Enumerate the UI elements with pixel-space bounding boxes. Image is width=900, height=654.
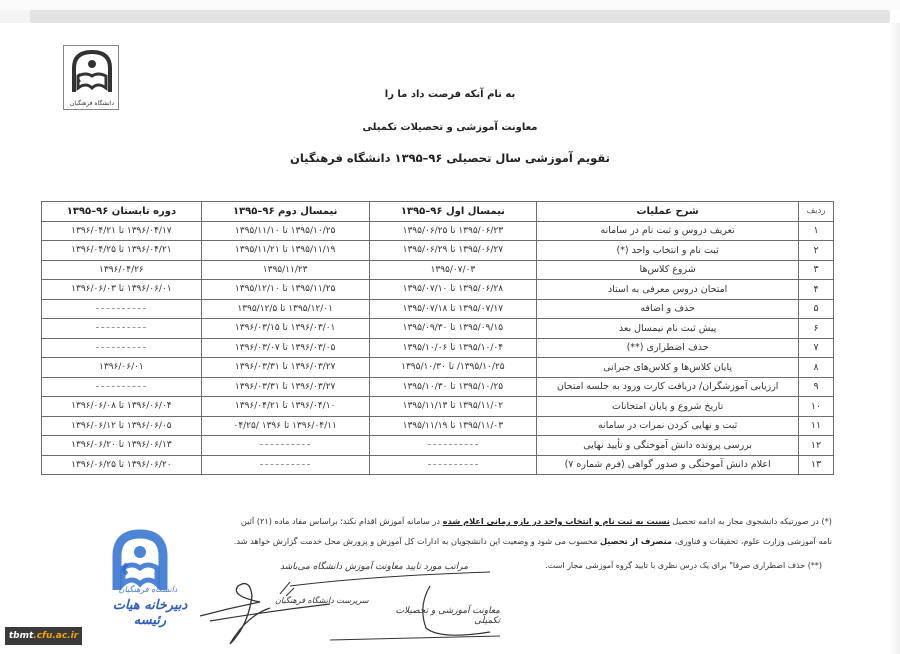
header-bar bbox=[28, 10, 890, 23]
row-description: حذف اضطراری (**) bbox=[537, 338, 799, 358]
row-semester2-date: ۱۳۹۶/۰۳/۲۷ تا ۱۳۹۶/۰۳/۳۱ bbox=[201, 358, 369, 378]
footnote-1-line2: نامه آموزشی وزارت علوم، تحقیقات و فناوری… bbox=[150, 534, 832, 548]
row-summer-date: ۱۳۹۶/۰۶/۰۱ bbox=[42, 358, 202, 378]
row-summer-date bbox=[42, 299, 202, 319]
row-number: ۴ bbox=[799, 280, 834, 300]
signature-note-approval: مراتب مورد تایید معاونت آموزش دانشگاه می… bbox=[280, 562, 468, 572]
row-semester1-date: ۱۳۹۵/۱۰/۰۴ تا ۱۳۹۵/۱۰/۰۶ bbox=[369, 338, 537, 358]
row-summer-date: ۱۳۹۶/۰۶/۰۱ تا ۱۳۹۶/۰۶/۰۳ bbox=[42, 280, 202, 300]
signatures-area: مراتب مورد تایید معاونت آموزش دانشگاه می… bbox=[190, 556, 500, 651]
row-description: پایان کلاس‌ها و کلاس‌های جبرانی bbox=[537, 358, 799, 378]
col-header-row: ردیف bbox=[799, 202, 834, 222]
empty-dash bbox=[428, 464, 478, 465]
row-description: اعلام دانش آموختگی و صدور گواهی (فرم شما… bbox=[537, 455, 799, 475]
table-row: ۱۳اعلام دانش آموختگی و صدور گواهی (فرم ش… bbox=[42, 455, 834, 475]
document-title: تقویم آموزشی سال تحصیلی ۹۶–۱۳۹۵ دانشگاه … bbox=[250, 151, 650, 165]
footnotes: (*) در صورتیکه دانشجوی مجاز به ادامه تحص… bbox=[150, 508, 832, 548]
row-semester2-date: ۱۳۹۵/۱۲/۰۱ تا ۱۳۹۵/۱۲/۵ bbox=[201, 299, 369, 319]
row-semester1-date: ۱۳۹۵/۱۱/۰۳ تا ۱۳۹۵/۱۱/۱۹ bbox=[369, 416, 537, 436]
row-semester2-date: ۱۳۹۶/۰۳/۲۷ تا ۱۳۹۶/۰۳/۳۱ bbox=[201, 377, 369, 397]
row-semester2-date: ۱۳۹۵/۱۰/۲۵ تا ۱۳۹۵/۱۱/۱۰ bbox=[201, 221, 369, 241]
academic-calendar-table: ردیف شرح عملیات نیمسال اول ۹۶–۱۳۹۵ نیمسا… bbox=[41, 201, 834, 475]
row-number: ۷ bbox=[799, 338, 834, 358]
col-header-semester1: نیمسال اول ۹۶–۱۳۹۵ bbox=[369, 202, 537, 222]
row-semester1-date: ۱۳۹۵/۰۷/۱۷ تا ۱۳۹۵/۰۷/۱۸ bbox=[369, 299, 537, 319]
empty-dash bbox=[96, 347, 146, 348]
row-semester1-date: ۱۳۹۵/۱۰/۲۵/ تا ۱۳۹۵/۱۰/۳۰ bbox=[369, 358, 537, 378]
col-header-summer: دوره تابستان ۹۶–۱۳۹۵ bbox=[42, 202, 202, 222]
empty-dash bbox=[96, 308, 146, 309]
row-semester2-date bbox=[201, 436, 369, 456]
row-description: تاریخ شروع و پایان امتحانات bbox=[537, 397, 799, 417]
row-semester2-date: ۱۳۹۶/۰۴/۱۱ تا ۱۳۹۶ /۰۴/۲۵ bbox=[201, 416, 369, 436]
footnote-1: (*) در صورتیکه دانشجوی مجاز به ادامه تحص… bbox=[150, 508, 832, 534]
footnote-1-line2-suffix: محسوب می شود و وضعیت این دانشجویان به اد… bbox=[234, 536, 600, 546]
table-row: ۳شروع کلاس‌ها۱۳۹۵/۰۷/۰۳۱۳۹۵/۱۱/۲۳۱۳۹۶/۰۴… bbox=[42, 260, 834, 280]
header-bar-notch bbox=[0, 10, 30, 23]
row-semester1-date bbox=[369, 455, 537, 475]
row-semester2-date: ۱۳۹۵/۱۱/۲۵ تا ۱۳۹۵/۱۲/۱۰ bbox=[201, 280, 369, 300]
stamp-university-name: دانشگاه فرهنگیان bbox=[118, 585, 178, 594]
row-description: تعریف دروس و ثبت نام در سامانه bbox=[537, 221, 799, 241]
row-summer-date bbox=[42, 377, 202, 397]
row-description: ثبت و نهایی کردن نمرات در سامانه bbox=[537, 416, 799, 436]
logo-caption: دانشگاه فرهنگیان bbox=[70, 99, 114, 107]
row-summer-date: ۱۳۹۶/۰۴/۲۶ bbox=[42, 260, 202, 280]
row-number: ۱۰ bbox=[799, 397, 834, 417]
row-description: امتحان دروس معرفی به استاد bbox=[537, 280, 799, 300]
row-description: حذف و اضافه bbox=[537, 299, 799, 319]
table-row: ۱تعریف دروس و ثبت نام در سامانه۱۳۹۵/۰۶/۲… bbox=[42, 221, 834, 241]
row-semester1-date: ۱۳۹۵/۰۶/۲۳ تا ۱۳۹۵/۰۶/۲۵ bbox=[369, 221, 537, 241]
table-row: ۸پایان کلاس‌ها و کلاس‌های جبرانی۱۳۹۵/۱۰/… bbox=[42, 358, 834, 378]
row-description: بررسی پرونده دانش آموختگی و تأیید نهایی bbox=[537, 436, 799, 456]
row-number: ۱۱ bbox=[799, 416, 834, 436]
table-body: ۱تعریف دروس و ثبت نام در سامانه۱۳۹۵/۰۶/۲… bbox=[42, 221, 834, 475]
row-summer-date: ۱۳۹۶/۰۶/۰۴ تا ۱۳۹۶/۰۶/۰۸ bbox=[42, 397, 202, 417]
page-edge-shadow bbox=[888, 23, 900, 654]
top-strip bbox=[0, 0, 900, 10]
empty-dash bbox=[260, 444, 310, 445]
row-semester1-date: ۱۳۹۵/۰۶/۲۷ تا ۱۳۹۵/۰۶/۲۹ bbox=[369, 241, 537, 261]
table-row: ۷حذف اضطراری (**)۱۳۹۵/۱۰/۰۴ تا ۱۳۹۵/۱۰/۰… bbox=[42, 338, 834, 358]
row-summer-date bbox=[42, 319, 202, 339]
watermark-prefix: tbmt bbox=[9, 631, 33, 641]
invocation: به نام آنکه فرصت داد ما را bbox=[250, 89, 650, 100]
row-description: پیش ثبت نام نیمسال بعد bbox=[537, 319, 799, 339]
farhangian-logo-icon: دانشگاه فرهنگیان bbox=[64, 46, 120, 111]
row-semester1-date: ۱۳۹۵/۱۱/۰۲ تا ۱۳۹۵/۱۱/۱۳ bbox=[369, 397, 537, 417]
row-number: ۹ bbox=[799, 377, 834, 397]
row-number: ۳ bbox=[799, 260, 834, 280]
row-summer-date: ۱۳۹۶/۰۶/۰۵ تا ۱۳۹۶/۰۶/۱۲ bbox=[42, 416, 202, 436]
empty-dash bbox=[260, 464, 310, 465]
row-semester2-date bbox=[201, 455, 369, 475]
row-semester2-date: ۱۳۹۵/۱۱/۲۳ bbox=[201, 260, 369, 280]
row-summer-date: ۱۳۹۶/۰۴/۱۷ تا ۱۳۹۶/۰۴/۲۱ bbox=[42, 221, 202, 241]
row-semester1-date: ۱۳۹۵/۱۰/۲۵ تا ۱۳۹۵/۱۰/۳۰ bbox=[369, 377, 537, 397]
row-number: ۲ bbox=[799, 241, 834, 261]
row-summer-date: ۱۳۹۶/۰۶/۲۰ تا ۱۳۹۶/۰۶/۲۵ bbox=[42, 455, 202, 475]
footnote-1-suffix: در سامانه آموزش اقدام نکند؛ براساس مفاد … bbox=[241, 516, 443, 526]
table-row: ۴امتحان دروس معرفی به استاد۱۳۹۵/۰۶/۲۸ تا… bbox=[42, 280, 834, 300]
signature-vice-chancellor: معاونت آموزشی و تحصیلات تکمیلی bbox=[370, 606, 500, 626]
table-row: ۱۰تاریخ شروع و پایان امتحانات۱۳۹۵/۱۱/۰۲ … bbox=[42, 397, 834, 417]
empty-dash bbox=[428, 444, 478, 445]
university-logo: دانشگاه فرهنگیان bbox=[63, 45, 119, 110]
row-number: ۵ bbox=[799, 299, 834, 319]
row-semester1-date: ۱۳۹۵/۰۷/۰۳ bbox=[369, 260, 537, 280]
row-number: ۶ bbox=[799, 319, 834, 339]
footnote-1-prefix: (*) در صورتیکه دانشجوی مجاز به ادامه تحص… bbox=[670, 516, 832, 526]
row-semester2-date: ۱۳۹۵/۱۱/۱۹ تا ۱۳۹۵/۱۱/۲۱ bbox=[201, 241, 369, 261]
stamp-secretariat: دبیرخانه هیات رئیسه bbox=[100, 598, 200, 628]
row-semester1-date bbox=[369, 436, 537, 456]
table-row: ۱۲بررسی پرونده دانش آموختگی و تأیید نهای… bbox=[42, 436, 834, 456]
row-summer-date bbox=[42, 338, 202, 358]
table-row: ۱۱ثبت و نهایی کردن نمرات در سامانه۱۳۹۵/۱… bbox=[42, 416, 834, 436]
website-watermark: tbmt.cfu.ac.ir bbox=[5, 627, 82, 645]
row-description: ارزیابی آموزشگران/ دریافت کارت ورود به ج… bbox=[537, 377, 799, 397]
row-semester2-date: ۱۳۹۶/۰۳/۰۱ تا ۱۳۹۶/۰۳/۱۵ bbox=[201, 319, 369, 339]
table-row: ۶پیش ثبت نام نیمسال بعد۱۳۹۵/۰۹/۱۵ تا ۱۳۹… bbox=[42, 319, 834, 339]
row-number: ۱۲ bbox=[799, 436, 834, 456]
office-title: معاونت آموزشی و تحصیلات تکمیلی bbox=[250, 122, 650, 133]
row-description: شروع کلاس‌ها bbox=[537, 260, 799, 280]
table-header-row: ردیف شرح عملیات نیمسال اول ۹۶–۱۳۹۵ نیمسا… bbox=[42, 202, 834, 222]
table-row: ۹ارزیابی آموزشگران/ دریافت کارت ورود به … bbox=[42, 377, 834, 397]
row-semester1-date: ۱۳۹۵/۰۹/۱۵ تا ۱۳۹۵/۰۹/۳۰ bbox=[369, 319, 537, 339]
row-semester2-date: ۱۳۹۶/۰۴/۱۰ تا ۱۳۹۶/۰۴/۲۱ bbox=[201, 397, 369, 417]
row-semester1-date: ۱۳۹۵/۰۶/۲۸ تا ۱۳۹۵/۰۷/۱۰ bbox=[369, 280, 537, 300]
col-header-semester2: نیمسال دوم ۹۶–۱۳۹۵ bbox=[201, 202, 369, 222]
footnote-2: (**) حذف اضطراری صرفا" برای یک درس نظری … bbox=[480, 561, 822, 570]
footnote-1-line2-prefix: نامه آموزشی وزارت علوم، تحقیقات و فناوری… bbox=[672, 536, 832, 546]
footnote-1-emphasis: نسبت به ثبت نام و انتخاب واحد در بازه زم… bbox=[443, 516, 670, 526]
row-semester2-date: ۱۳۹۶/۰۳/۰۵ تا ۱۳۹۶/۰۳/۰۷ bbox=[201, 338, 369, 358]
empty-dash bbox=[96, 386, 146, 387]
row-number: ۱ bbox=[799, 221, 834, 241]
signature-chancellor: سرپرست دانشگاه فرهنگیان bbox=[275, 596, 369, 605]
row-number: ۱۳ bbox=[799, 455, 834, 475]
table-row: ۵حذف و اضافه۱۳۹۵/۰۷/۱۷ تا ۱۳۹۵/۰۷/۱۸۱۳۹۵… bbox=[42, 299, 834, 319]
row-summer-date: ۱۳۹۶/۰۴/۲۱ تا ۱۳۹۶/۰۴/۲۵ bbox=[42, 241, 202, 261]
col-header-description: شرح عملیات bbox=[537, 202, 799, 222]
row-summer-date: ۱۳۹۶/۰۶/۱۳ تا ۱۳۹۶/۰۶/۲۰ bbox=[42, 436, 202, 456]
row-number: ۸ bbox=[799, 358, 834, 378]
table-row: ۲ثبت نام و انتخاب واحد (*)۱۳۹۵/۰۶/۲۷ تا … bbox=[42, 241, 834, 261]
university-stamp-logo-icon bbox=[105, 528, 175, 608]
footnote-1-line2-emphasis: منصرف از تحصیل bbox=[600, 536, 672, 546]
row-description: ثبت نام و انتخاب واحد (*) bbox=[537, 241, 799, 261]
watermark-domain: .cfu.ac.ir bbox=[33, 631, 78, 641]
empty-dash bbox=[96, 327, 146, 328]
